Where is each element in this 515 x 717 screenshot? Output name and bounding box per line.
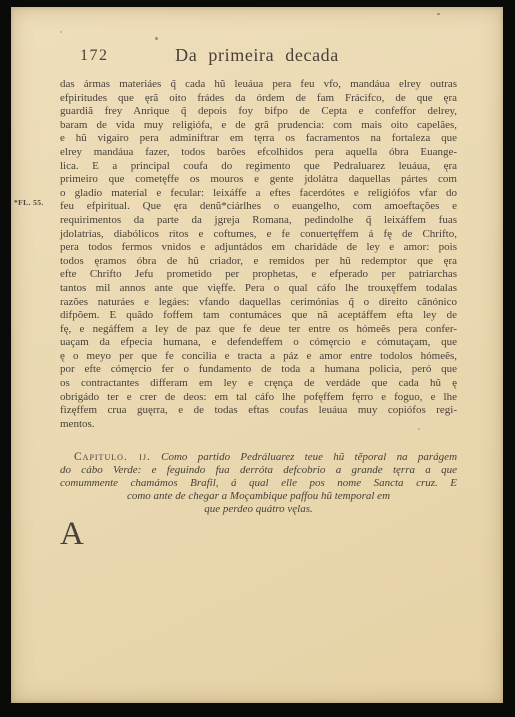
text-line: fizęffem crua guęrra, e de todas eftas c…: [60, 404, 457, 418]
text-line: pera todos fermos vnidos e adjuntádos em…: [60, 241, 457, 255]
text-line: comummente chamámos Brafil, á qual elle …: [60, 477, 457, 490]
text-line: uaçam da efpecia humana, e defendeffem o…: [60, 336, 457, 350]
text-line: e hũ vigairo pera adminiftrar em tęrra o…: [60, 132, 457, 146]
text-line: razões naturáes e legáes: vfando daquell…: [60, 296, 457, 310]
drop-cap-initial: A: [60, 520, 89, 546]
text-line: efte Chrifto Jefu prometido per propheta…: [60, 268, 457, 282]
text-line: das ármas materiáes q̃ cada hũ leuáua pe…: [60, 78, 457, 92]
chapter-heading-line: Capitulo. ij. Como partido Pedráluarez t…: [60, 451, 457, 464]
text-line: ę o meyo per que fe concilia e tracta a …: [60, 350, 457, 364]
scan-speck: [437, 13, 440, 15]
text-line: feu efpiritual. Que ęra denũ*ciárlhes o …: [60, 200, 457, 214]
scan-border: 172 Da primeira decada *FL. 55. das árma…: [0, 0, 515, 717]
text-line: requirimentos da parte da jgreja Romana,…: [60, 214, 457, 228]
text-line: guardiã frey Anrique q̃ depois foy bifpo…: [60, 105, 457, 119]
paragraph-2: A: [60, 519, 457, 546]
text-line: do cábo Verde: e feguindo fua derróta de…: [60, 464, 457, 477]
text-line: obrigádo ter e crer de deos: em tal cáfo…: [60, 391, 457, 405]
scan-speck: [418, 428, 420, 430]
book-page: 172 Da primeira decada *FL. 55. das árma…: [11, 7, 503, 703]
text-line: efpiritudes que ęrã oito frádes da órdem…: [60, 92, 457, 106]
text-line: lica. E a principal coufa do regimento q…: [60, 160, 457, 174]
chapter-label: Capitulo. ij.: [74, 451, 151, 463]
text-line: todos ęramos óbra de hũ criador, e remid…: [60, 255, 457, 269]
page-header: 172 Da primeira decada: [11, 45, 503, 69]
text-line: tantos mil annos ante que vięffe. Pera o…: [60, 282, 457, 296]
paragraph-1: das ármas materiáes q̃ cada hũ leuáua pe…: [60, 78, 457, 431]
text-line: difpõem. E quãdo foffem tam contumáces q…: [60, 309, 457, 323]
text-line: os contractantes differam em ley e cręnç…: [60, 377, 457, 391]
chapter-heading-text: Como partido Pedráluarez teue hũ tẽporal…: [161, 451, 457, 463]
text-line: por efte cómęrcio fer o fundamento de to…: [60, 363, 457, 377]
text-line: jdolatrias, diabólicos ritos e coftumes,…: [60, 228, 457, 242]
text-line: mentos.: [60, 418, 457, 432]
text-line: como ante de chegar a Moçambique paffou …: [60, 490, 457, 503]
text-line: primeiro que cometęffe os mouros e gente…: [60, 173, 457, 187]
chapter-heading-lines: do cábo Verde: e feguindo fua derróta de…: [60, 464, 457, 516]
scan-speck: [155, 37, 158, 40]
folio-margin-note: *FL. 55.: [14, 198, 44, 207]
text-line: elrey mandáua fazer, todos barões efcolh…: [60, 146, 457, 160]
text-line: baram de vida muy religiófa, e de grã pr…: [60, 119, 457, 133]
chapter-heading: Capitulo. ij. Como partido Pedráluarez t…: [60, 451, 457, 516]
scan-speck: [60, 31, 62, 33]
running-header: Da primeira decada: [11, 45, 503, 66]
text-line: que perdeo quátro vęlas.: [60, 503, 457, 516]
text-line: o gladio material e fecular: leixáffe a …: [60, 187, 457, 201]
text-line: fę, e negáffem a ley de paz que fe deue …: [60, 323, 457, 337]
